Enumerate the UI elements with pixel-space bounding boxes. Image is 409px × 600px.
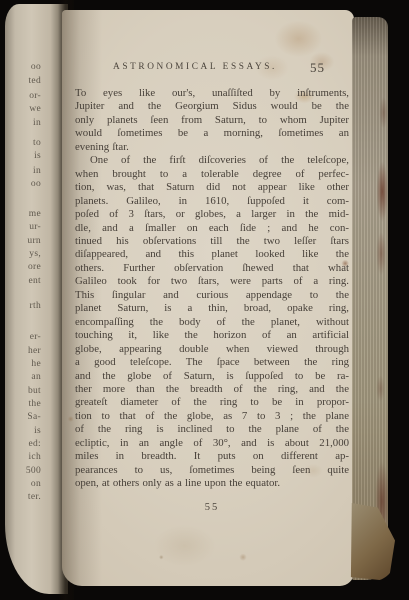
text-line: pearances to us, ſometimes being ſeen qu…: [75, 464, 349, 477]
text-line: a good teleſcope. The ſpace between the …: [75, 356, 349, 369]
text-line: only planets ſeen from Saturn, to whom J…: [75, 114, 349, 127]
facing-page-line-fragment: we: [29, 104, 41, 114]
text-line: diſappeared, and this planet looked like…: [75, 248, 349, 261]
facing-page-line-fragment: ent: [28, 276, 41, 286]
footer-page-number: 55: [75, 502, 349, 513]
facing-page-line-fragment: her: [28, 346, 41, 356]
facing-page-line-fragment: ted: [28, 76, 41, 86]
facing-page-line-fragment: ter.: [28, 492, 41, 502]
text-line: tinued his obſervations till the two leſ…: [75, 235, 349, 248]
facing-page-line-fragment: er-: [30, 332, 41, 342]
facing-page-line-fragment: ur-: [29, 222, 41, 232]
facing-page-line-fragment: is: [34, 151, 41, 161]
facing-page-line-fragment: rth: [30, 301, 41, 311]
text-column: ASTRONOMICAL ESSAYS. 55 To eyes like our…: [75, 62, 349, 513]
header-page-number: 55: [310, 60, 325, 76]
text-line: dle, and a ſmaller on each ſide ; and he…: [75, 222, 349, 235]
text-line: To eyes like our's, unaſſiſted by inſtru…: [75, 87, 349, 100]
text-line: encompaſſing the body of the planet, wit…: [75, 316, 349, 329]
text-line: miles in breadth. It puts on different a…: [75, 450, 349, 463]
book-photo: ootedor-weintoisinoomeur-urnys,oreentrth…: [0, 0, 409, 600]
facing-page-line-fragment: ed:: [28, 439, 41, 449]
fore-edge: [352, 17, 388, 580]
facing-page-line-fragment: oo: [31, 179, 41, 189]
text-line: others. Further obſervation ſhewed that …: [75, 262, 349, 275]
text-line: of the ring is inclined to the plane of …: [75, 423, 349, 436]
fore-edge-bottom-wedge: [350, 503, 395, 581]
facing-page-line-fragment: 500: [26, 466, 41, 476]
text-line: poſed of 3 ſtars, or globes, a larger in…: [75, 208, 349, 221]
text-line: when brought to a tolerable degree of pe…: [75, 168, 349, 181]
header-title: ASTRONOMICAL ESSAYS.: [75, 62, 315, 72]
paragraphs: To eyes like our's, unaſſiſted by inſtru…: [75, 87, 349, 491]
text-line: open, at others only as a line upon the …: [75, 477, 349, 490]
facing-page-line-fragment: is: [34, 426, 41, 436]
facing-page-line-fragment: in: [33, 118, 41, 128]
facing-page-line-fragment: or-: [29, 91, 41, 101]
text-line: Jupiter and the Georgium Sidus would be …: [75, 100, 349, 113]
text-line: greateſt diameter of the ring to be in p…: [75, 396, 349, 409]
text-line: Galileo took for two ſtars, were parts o…: [75, 275, 349, 288]
text-line: planet Saturn, is a thin, broad, opake r…: [75, 302, 349, 315]
facing-page-line-fragment: in: [33, 166, 41, 176]
facing-page-line-fragment: ys,: [29, 249, 41, 259]
text-line: One of the firſt diſcoveries of the tele…: [75, 154, 349, 167]
facing-page-line-fragment: the: [28, 399, 41, 409]
facing-page-line-fragment: to: [33, 138, 41, 148]
fore-edge-marbling: [373, 17, 388, 580]
facing-page-line-fragment: an: [31, 372, 41, 382]
facing-page-line-fragment: Sa-: [27, 412, 41, 422]
facing-page-line-fragment: but: [28, 386, 41, 396]
facing-page-line-fragment: he: [31, 359, 41, 369]
running-header: ASTRONOMICAL ESSAYS. 55: [75, 62, 349, 75]
text-line: ther more than the breadth of the ring, …: [75, 383, 349, 396]
text-line: would ſometimes be a morning, ſometimes …: [75, 127, 349, 140]
facing-page-line-fragment: urn: [27, 236, 41, 246]
text-line: This ſingular and curious appendage to t…: [75, 289, 349, 302]
text-line: tion to that of the globe, as 7 to 3 ; t…: [75, 410, 349, 423]
text-line: globe, appearing double when viewed thro…: [75, 343, 349, 356]
facing-page-line-fragment: ich: [28, 452, 41, 462]
text-line: tion, was, that Saturn did not appear li…: [75, 181, 349, 194]
facing-page-line-fragment: me: [29, 209, 41, 219]
facing-page-line-fragment: oo: [31, 62, 41, 72]
main-page: ASTRONOMICAL ESSAYS. 55 To eyes like our…: [62, 10, 354, 586]
text-line: and the globe of Saturn, is ſuppoſed to …: [75, 370, 349, 383]
facing-page-line-fragment: on: [31, 479, 41, 489]
text-line: evening ſtar.: [75, 141, 349, 154]
text-line: planets. Galileo, in 1610, ſuppoſed it c…: [75, 195, 349, 208]
text-line: ecliptic, in an angle of 30°, and is abo…: [75, 437, 349, 450]
text-line: touching it, like the horizon of an arti…: [75, 329, 349, 342]
facing-page-line-fragment: ore: [28, 262, 41, 272]
